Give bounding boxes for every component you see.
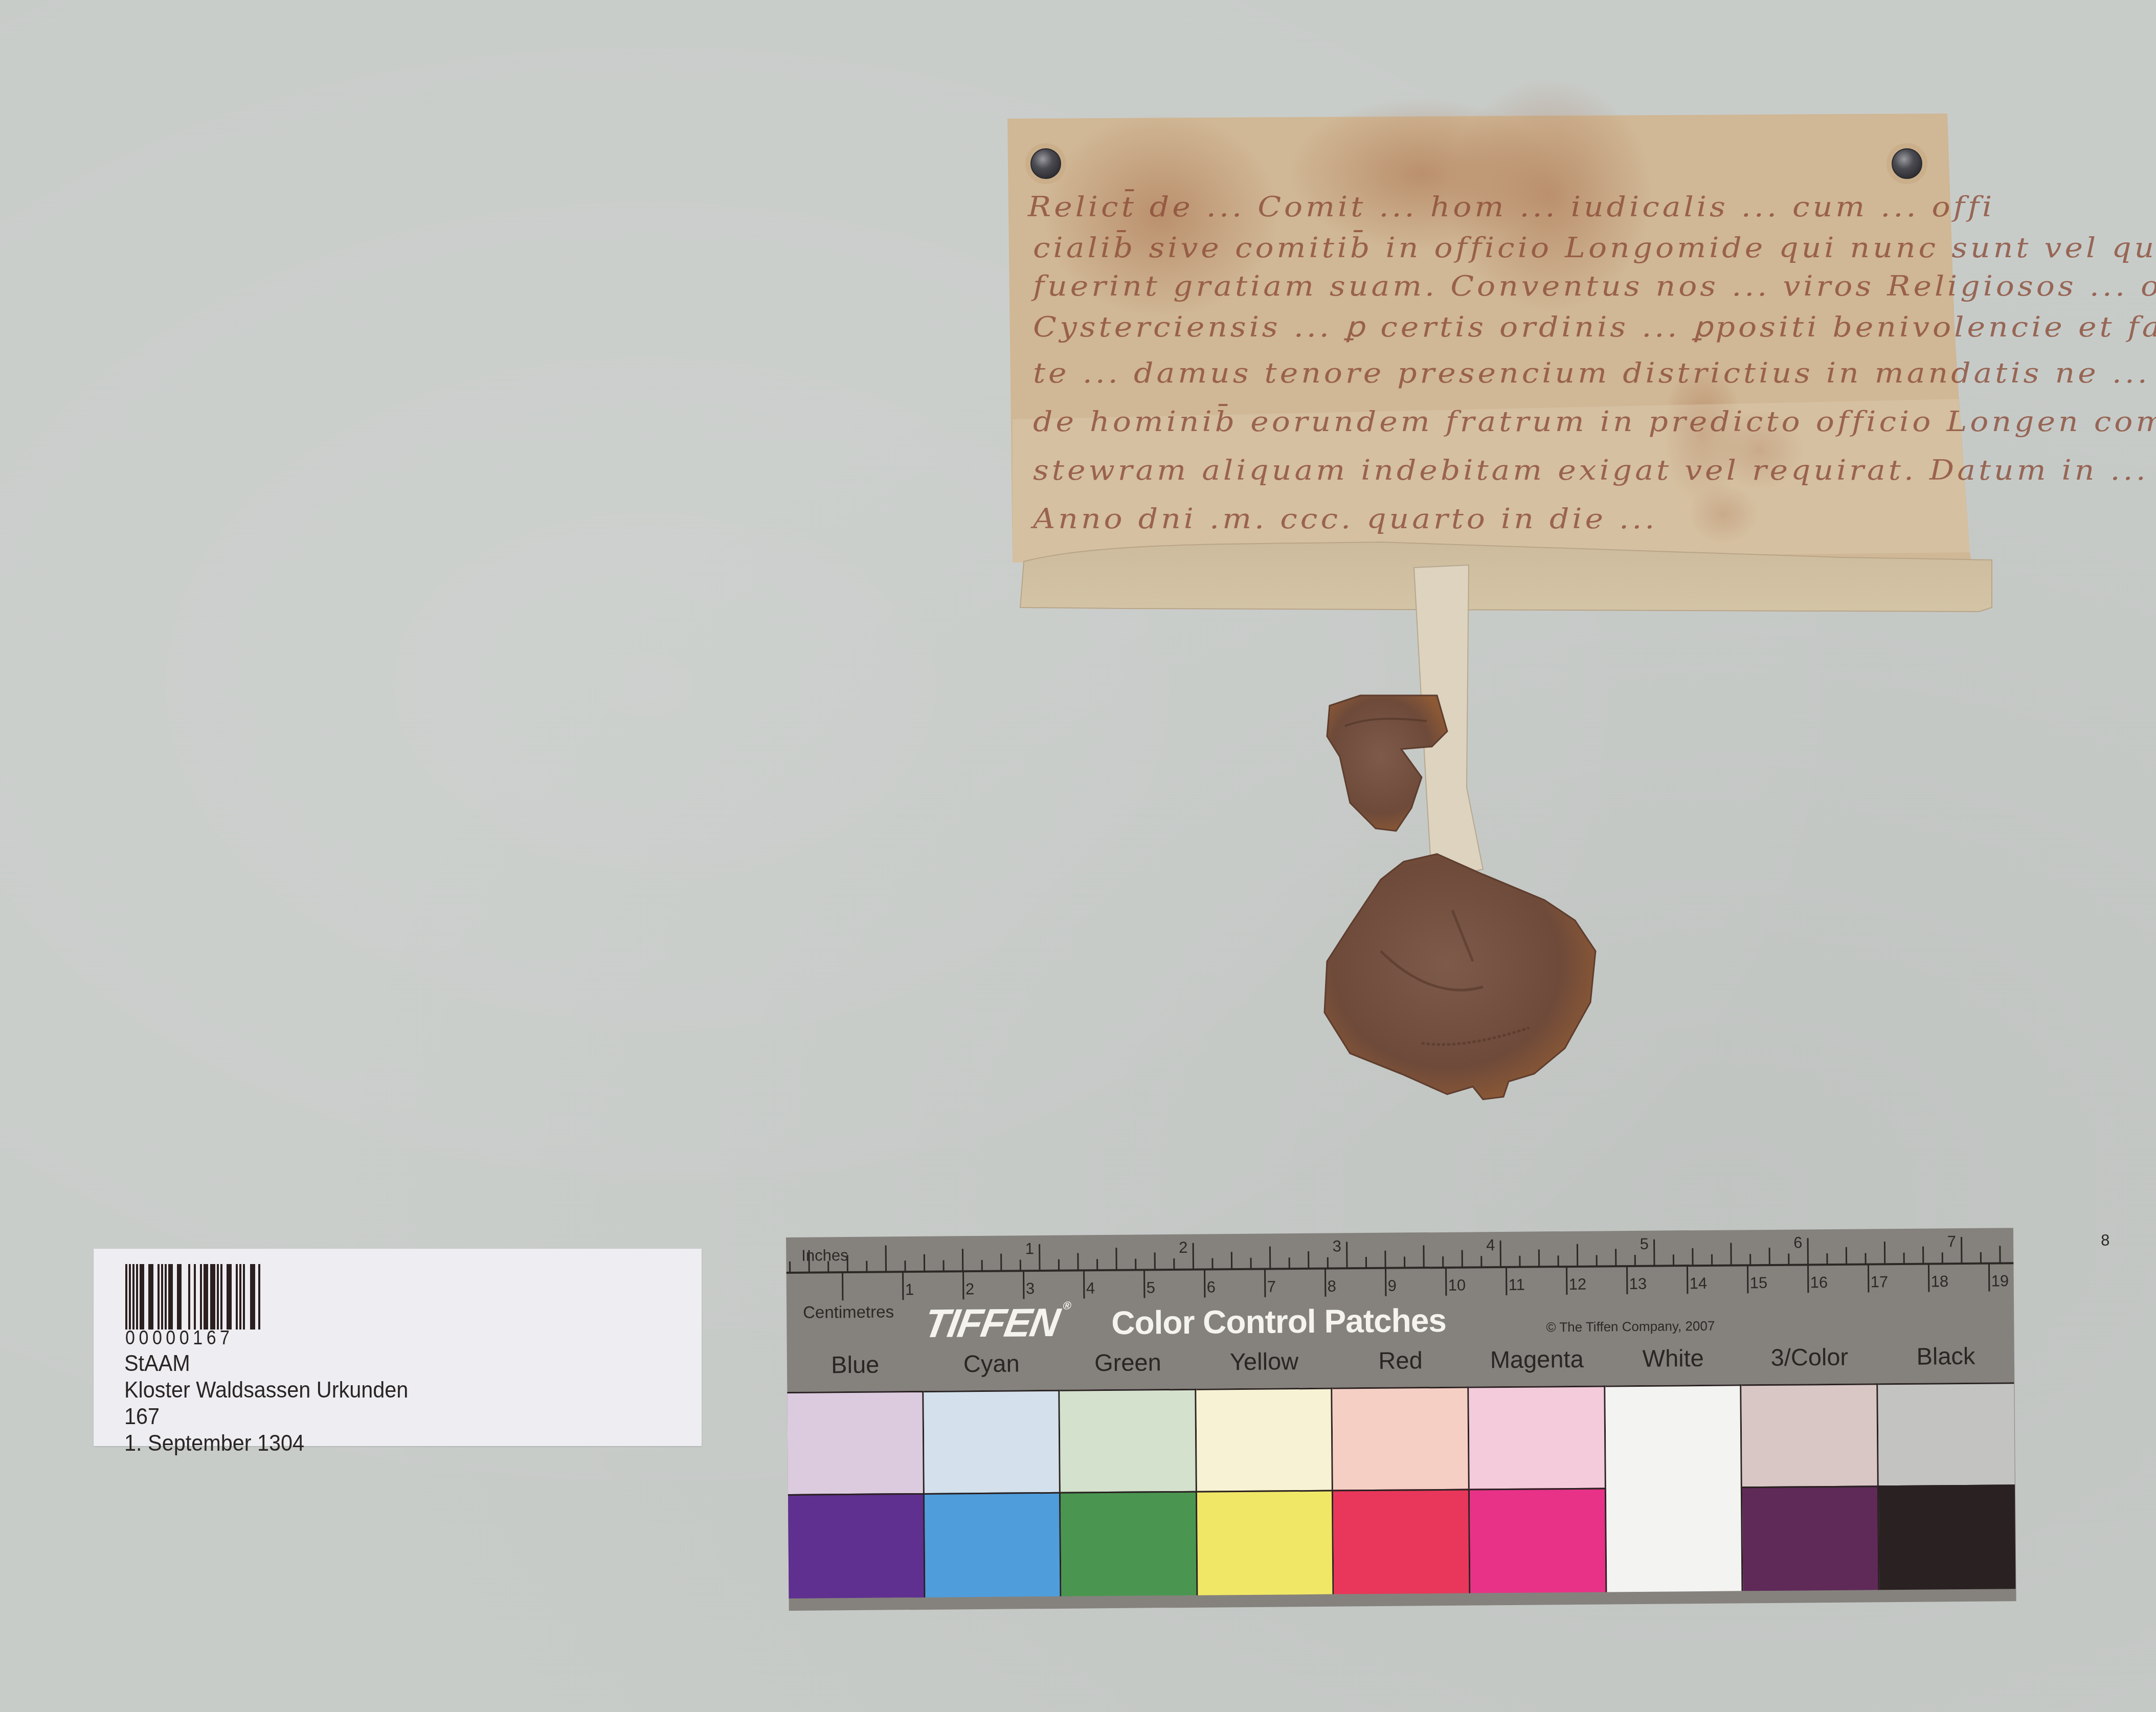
centimetres-label: Centimetres bbox=[803, 1302, 894, 1322]
cm-mark-label: 19 bbox=[1991, 1272, 2009, 1290]
barcode-bar bbox=[227, 1264, 232, 1330]
barcode-bar bbox=[250, 1264, 255, 1330]
collection-name: Kloster Waldsassen Urkunden bbox=[124, 1377, 408, 1403]
patch-light bbox=[787, 1391, 924, 1494]
patch-dark bbox=[1470, 1488, 1607, 1593]
barcode-digit: 0 bbox=[166, 1326, 175, 1349]
cm-mark-label: 17 bbox=[1871, 1273, 1889, 1291]
cm-mark-label: 1 bbox=[905, 1280, 914, 1299]
magnet-right bbox=[1886, 143, 1927, 184]
patch-light bbox=[1333, 1387, 1470, 1490]
cm-mark-label: 16 bbox=[1810, 1273, 1828, 1292]
cm-mark-label: 11 bbox=[1509, 1276, 1525, 1294]
charter-text-line: Cysterciensis ... ꝑ certis ordinis ... ꝑ… bbox=[1033, 311, 2156, 344]
charter-text-line: de hominib̄ eorundem fratrum in predicto… bbox=[1033, 406, 2156, 438]
patch-label: Magenta bbox=[1469, 1344, 1605, 1373]
ruler-tick bbox=[787, 1263, 2014, 1273]
barcode bbox=[125, 1264, 262, 1330]
barcode-bar bbox=[168, 1264, 173, 1330]
document-date: 1. September 1304 bbox=[124, 1430, 304, 1456]
brand-name: TIFFEN bbox=[921, 1300, 1062, 1346]
barcode-bar bbox=[140, 1264, 144, 1330]
barcode-digit: 7 bbox=[220, 1326, 230, 1349]
barcode-bar bbox=[177, 1264, 182, 1330]
patch-light bbox=[1469, 1385, 1606, 1489]
charter-text-line: Anno dni .m. ccc. quarto in die ... bbox=[1033, 503, 1657, 535]
barcode-digit: 0 bbox=[125, 1326, 135, 1349]
cm-mark-label: 8 bbox=[1328, 1277, 1337, 1296]
patch-label: Cyan bbox=[923, 1349, 1060, 1378]
patch-dark bbox=[925, 1492, 1062, 1597]
copyright-notice: © The Tiffen Company, 2007 bbox=[1546, 1318, 1715, 1336]
barcode-gap bbox=[260, 1264, 262, 1330]
cm-mark-label: 5 bbox=[1147, 1278, 1156, 1297]
charter-text-line: Relict̄ de ... Comit ... hom ... iudical… bbox=[1028, 191, 1995, 223]
charter-text-line: cialib̄ sive comitib̄ in officio Longomi… bbox=[1033, 232, 2156, 264]
charter-text-line: te ... damus tenore presencium districti… bbox=[1033, 357, 2156, 390]
patch-light bbox=[1878, 1382, 2015, 1485]
charter-graphic bbox=[0, 0, 2156, 1125]
barcode-digit: 0 bbox=[152, 1326, 162, 1349]
cm-mark-label: 7 bbox=[1267, 1277, 1276, 1296]
inch-mark-label: 6 bbox=[1793, 1233, 1803, 1252]
barcode-gap bbox=[173, 1264, 177, 1330]
barcode-digit: 6 bbox=[207, 1326, 216, 1349]
patch-dark bbox=[1742, 1485, 1879, 1591]
inch-mark-label: 4 bbox=[1486, 1236, 1495, 1254]
patch-label: Red bbox=[1332, 1346, 1469, 1375]
cm-mark-label: 10 bbox=[1448, 1276, 1466, 1295]
archive-name: StAAM bbox=[124, 1350, 190, 1377]
cm-mark-label: 9 bbox=[1388, 1277, 1397, 1295]
patch-light bbox=[924, 1390, 1061, 1493]
charter-text-line: fuerint gratiam suam. Conventus nos ... … bbox=[1033, 271, 2156, 303]
barcode-gap bbox=[144, 1264, 148, 1330]
patch-white bbox=[1605, 1384, 1743, 1592]
patch-light bbox=[1060, 1389, 1197, 1492]
inch-mark-label: 5 bbox=[1640, 1235, 1649, 1253]
card-title: Color Control Patches bbox=[1111, 1301, 1446, 1342]
patch-light bbox=[1742, 1383, 1879, 1486]
cm-mark-label: 2 bbox=[965, 1280, 975, 1298]
barcode-gap bbox=[182, 1264, 188, 1330]
charter-text-line: stewram aliquam indebitam exigat vel req… bbox=[1033, 455, 2149, 487]
patch-label: Green bbox=[1060, 1348, 1196, 1377]
barcode-digit: 0 bbox=[139, 1326, 148, 1349]
cm-mark-label: 3 bbox=[1026, 1279, 1035, 1298]
barcode-gap bbox=[153, 1264, 158, 1330]
cm-mark-label: 6 bbox=[1207, 1278, 1216, 1296]
inch-mark-label: 2 bbox=[1179, 1238, 1188, 1257]
cm-mark-label: 12 bbox=[1569, 1275, 1587, 1294]
barcode-digit: 0 bbox=[179, 1326, 189, 1349]
inch-mark-label: 3 bbox=[1333, 1237, 1342, 1255]
barcode-gap bbox=[245, 1264, 250, 1330]
patch-dark bbox=[788, 1493, 925, 1598]
barcode-digits: 0 0 0 0 0 1 6 7 bbox=[125, 1326, 230, 1349]
inches-label: Inches bbox=[801, 1246, 848, 1265]
patch-label: White bbox=[1605, 1343, 1741, 1372]
patch-light bbox=[1196, 1388, 1333, 1491]
document-number: 167 bbox=[124, 1403, 160, 1430]
barcode-bar bbox=[148, 1264, 153, 1330]
patch-dark bbox=[1061, 1491, 1198, 1596]
patch-label: Black bbox=[1877, 1341, 2014, 1370]
cm-mark-label: 14 bbox=[1690, 1274, 1708, 1293]
barcode-gap bbox=[196, 1264, 200, 1330]
patch-label: Yellow bbox=[1196, 1347, 1333, 1376]
charter-document: Relict̄ de ... Comit ... hom ... iudical… bbox=[0, 0, 2156, 1125]
barcode-gap bbox=[190, 1264, 194, 1330]
patch-dark bbox=[1197, 1490, 1334, 1595]
inch-mark-label: 7 bbox=[1947, 1232, 1956, 1251]
cm-mark-label: 13 bbox=[1629, 1275, 1647, 1293]
barcode-bar bbox=[204, 1264, 208, 1330]
cm-mark-label: 18 bbox=[1931, 1272, 1949, 1291]
inch-mark-label: 1 bbox=[1025, 1240, 1035, 1258]
tiffen-color-card: Inches 123456781234567891011121314151617… bbox=[786, 1228, 2016, 1611]
patch-dark bbox=[1333, 1489, 1470, 1594]
archive-label: 0 0 0 0 0 1 6 7 StAAM Kloster Waldsassen… bbox=[94, 1249, 702, 1446]
barcode-gap bbox=[222, 1264, 227, 1330]
magnet-left bbox=[1025, 143, 1066, 184]
patch-dark bbox=[1879, 1484, 2016, 1590]
patch-label: 3/Color bbox=[1741, 1342, 1878, 1371]
tiffen-logo: TIFFEN® bbox=[921, 1299, 1072, 1347]
barcode-digit: 1 bbox=[193, 1326, 203, 1349]
patch-label: Blue bbox=[787, 1350, 924, 1379]
cm-mark-label: 4 bbox=[1086, 1279, 1095, 1297]
barcode-gap bbox=[232, 1264, 236, 1330]
cm-mark-label: 15 bbox=[1750, 1274, 1768, 1292]
wax-seal bbox=[1324, 854, 1596, 1099]
inch-mark-label: 8 bbox=[2101, 1231, 2110, 1250]
barcode-bar bbox=[210, 1264, 215, 1330]
